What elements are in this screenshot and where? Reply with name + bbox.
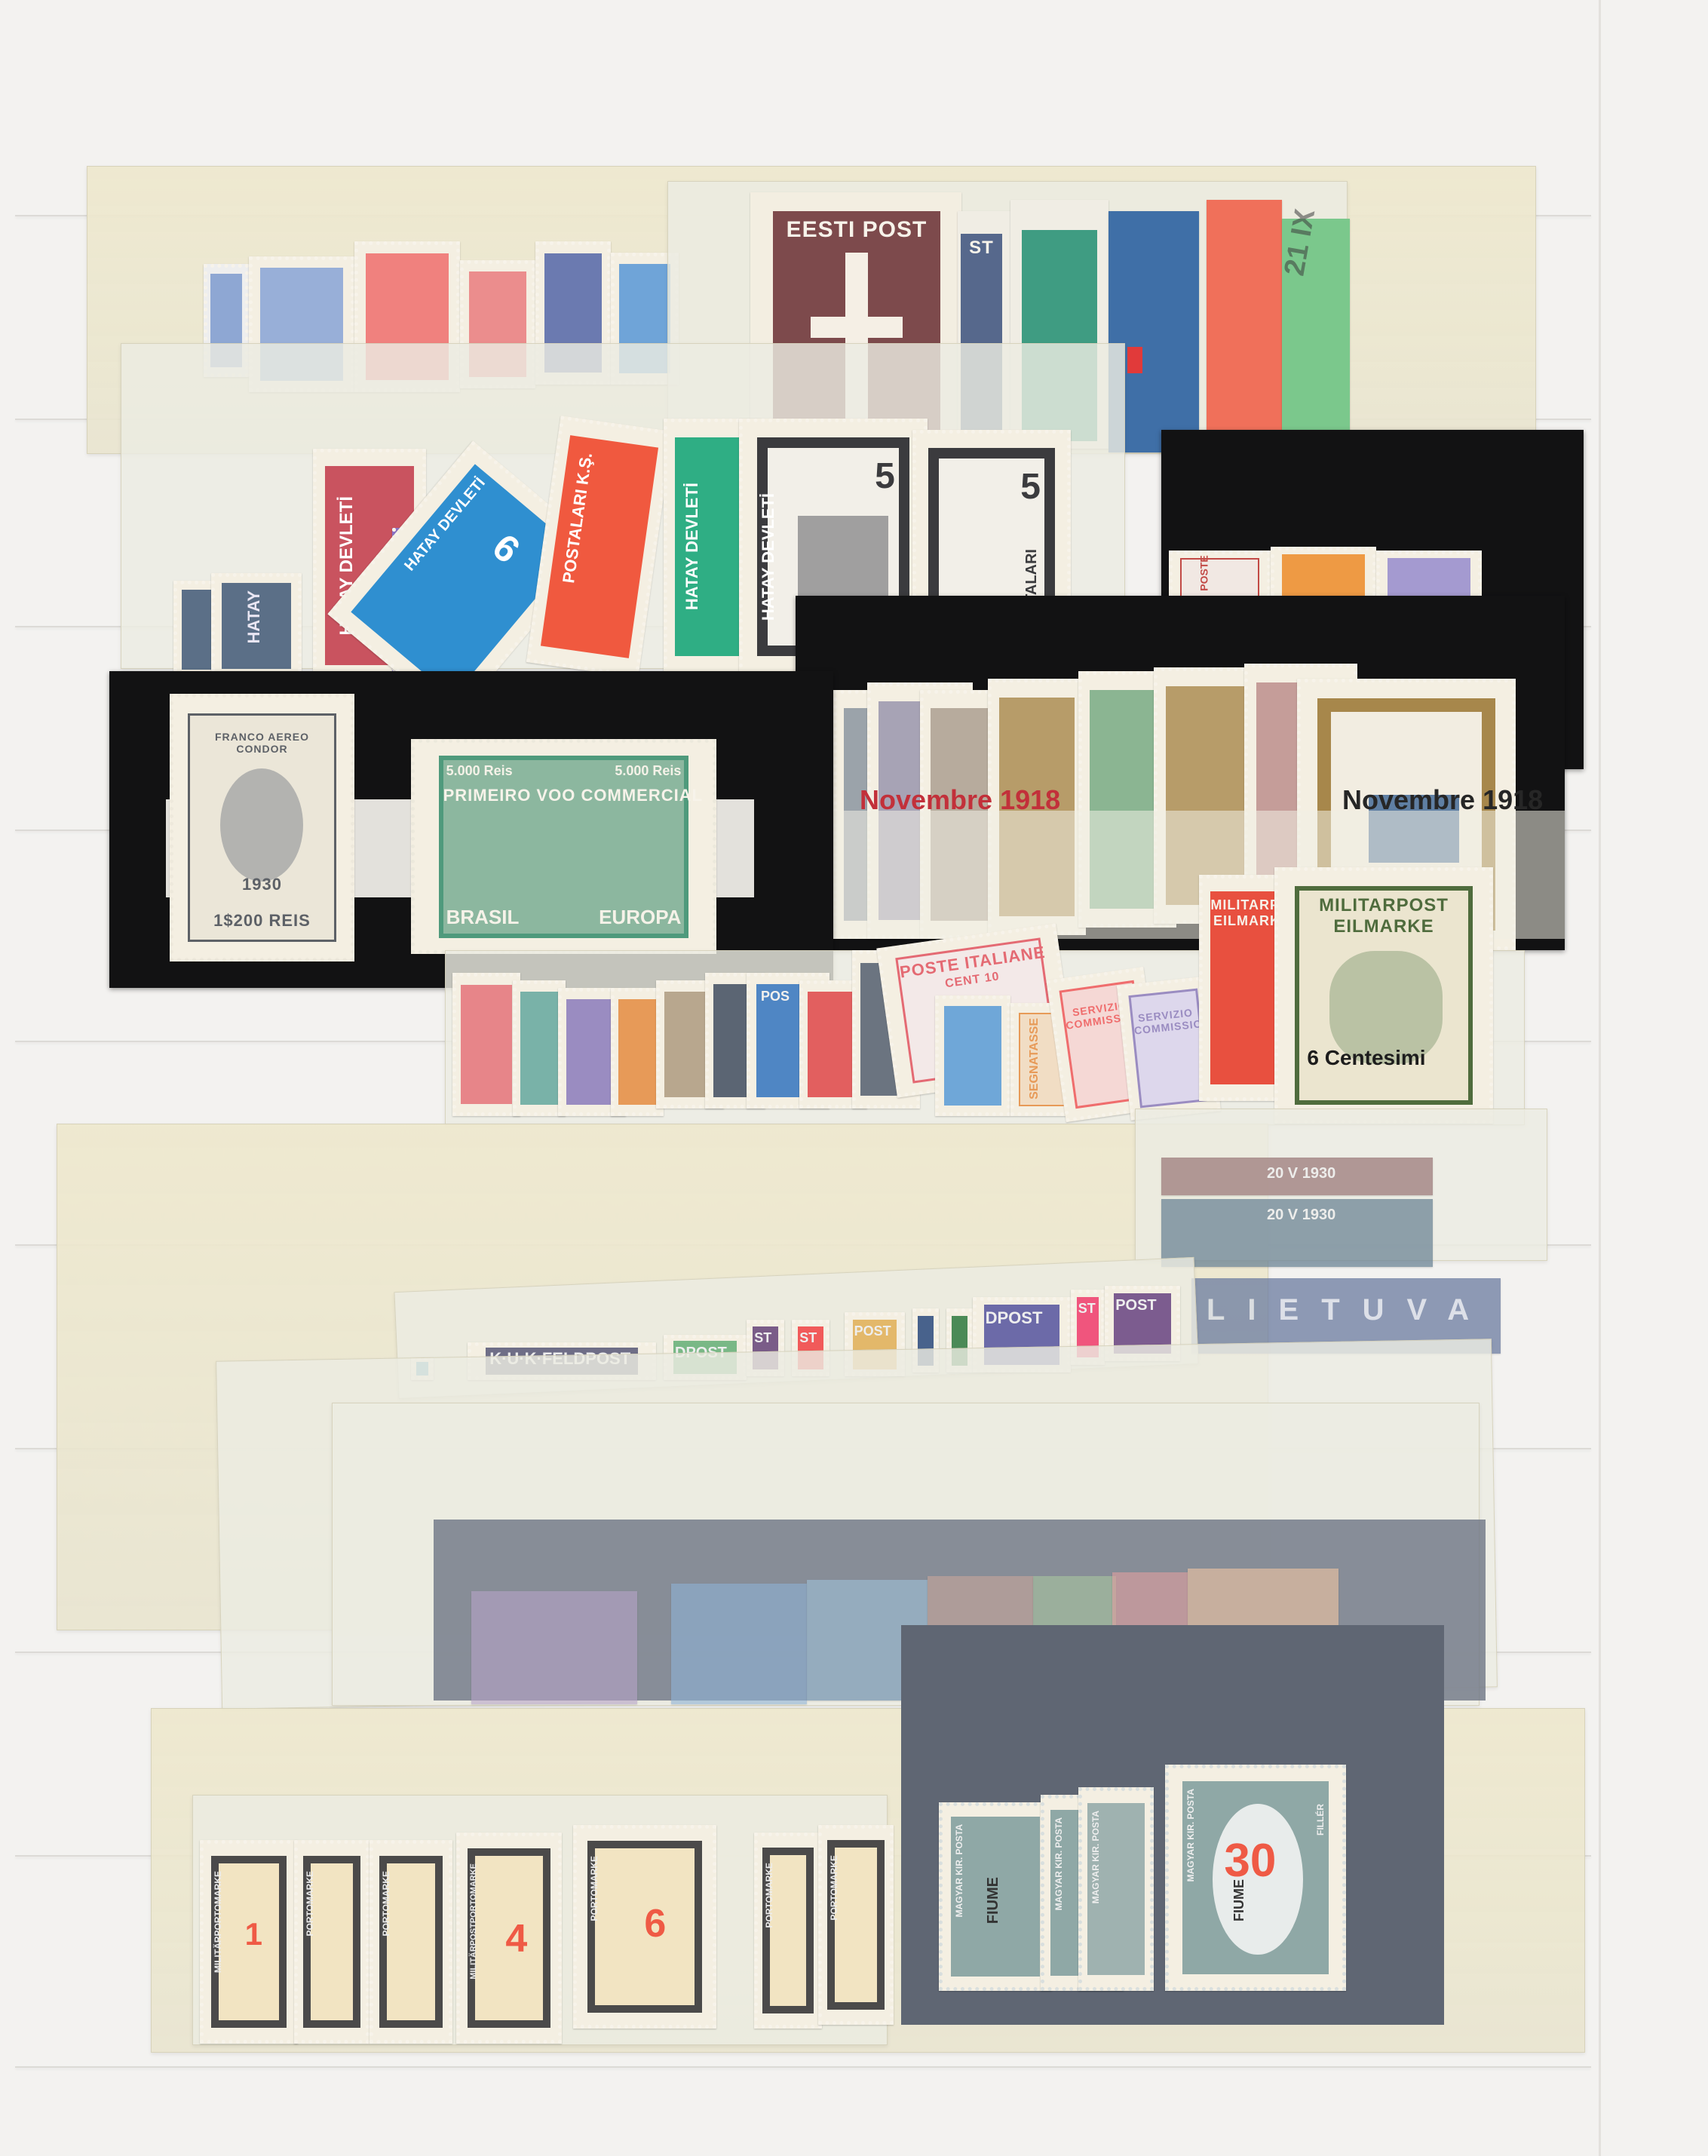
stamp-text: MILITÄRPOSTPORTOMARKE [469,1863,478,1980]
cross-icon [811,317,903,338]
stamp-portomarke: PORTOMARKE [818,1825,894,2025]
stamp-text: MAGYAR KIR. POSTA [1090,1811,1101,1903]
stamp [928,1576,1033,1633]
stamp [935,995,1010,1116]
stamp: HATAY [211,573,302,679]
stamp-portomarke: PORTOMARKE [754,1832,822,2029]
stamp-text: ST [1078,1301,1096,1317]
page-strip [15,2066,1591,2068]
stamp-subtext: FILLÉR [1315,1804,1326,1836]
stamp-text: MAGYAR KIR. POSTA [1053,1817,1064,1910]
stamp-value: 4 [505,1916,527,1961]
stamp-text: MILITÄRPORTOMARKE [213,1871,223,1973]
stamp-text: LIETUVA [1207,1293,1492,1327]
stamp-text: BRASIL [446,906,520,929]
stamp-brazil-primeiro-voo: 5.000 Reis 5.000 Reis PRIMEIRO VOO COMME… [411,739,716,954]
stamp [1188,1569,1338,1625]
stamp-text: MILITARPOST EILMARKE [1299,895,1467,937]
stamp-year: 1930 [190,875,334,894]
stamp-text: MAGYAR KIR. POSTA [1185,1789,1196,1882]
stamp-value: 6 [644,1901,666,1946]
stamp-text: PRIMEIRO VOO COMMERCIAL [443,786,685,805]
stamp [1112,1572,1188,1629]
stamp-text: EUROPA [599,906,681,929]
stamp-portomarke: PORTOMARKE 6 [573,1825,716,2029]
stamp [1033,1576,1116,1633]
stamp-value: 1 [245,1916,262,1952]
stamp-text: ST [961,238,1002,259]
stamp-text: 5.000 Reis [446,763,513,779]
stamp-text: ST [799,1330,817,1346]
stamp-value: 6 [484,525,529,572]
stamp: 20 V 1930 [1161,1158,1433,1195]
stamp-text: POST [854,1323,891,1339]
stamp-brazil-condor: FRANCO AEREO CONDOR 1930 1$200 REIS [170,694,354,961]
page-edge [1599,0,1601,2156]
stamp-text: 20 V 1930 [1267,1207,1335,1224]
stamp [452,973,520,1116]
stamp-text: PORTOMARKE [764,1863,774,1928]
stamp-portomarke: PORTOMARKE [294,1840,370,2044]
stamp-fiume: MAGYAR KIR. POSTA [1078,1787,1154,1991]
stamp-text: HATAY [244,590,264,644]
stamp-fiume: MAGYAR KIR. POSTA FIUME [939,1802,1052,1991]
stamp [671,1584,807,1704]
overprint: 6 Centesimi [1307,1046,1425,1070]
stamp-value: 5 [1020,466,1041,508]
overprint: FIUME [985,1877,1002,1924]
stamp-text: 20 V 1930 [1267,1165,1335,1182]
stamp-portomarke: MILITÄRPORTOMARKE 1 [200,1840,298,2044]
stamp-militarpost-eilmarke: MILITARPOST EILMARKE 6 Centesimi [1274,867,1493,1124]
stamp-text: SERVIZIO COMMISSIONI [1133,1006,1200,1037]
stamp-text: DPOST [986,1308,1043,1328]
stamp-text: PORTOMARKE [829,1855,839,1920]
stamp-text: PORTOMARKE [305,1871,315,1936]
stamp: 20 V 1930 [1161,1199,1433,1267]
stamp-text: SEGNATASSE [1028,1018,1041,1099]
stamp [471,1591,637,1704]
stamp-fiume-30: MAGYAR KIR. POSTA 30 FIUME FILLÉR [1165,1765,1346,1991]
overprint: FIUME [1231,1879,1247,1921]
stamp-text: PORTOMARKE [381,1871,391,1936]
stamp-portomarke: PORTOMARKE [370,1840,452,2044]
stamp-value: 5 [875,455,895,497]
stamp [1207,200,1282,449]
stamp-text: POST [1115,1297,1156,1314]
stamp-text: POSTE [1198,555,1210,590]
stamp-text: HATAY DEVLETİ [759,493,778,621]
stamp-text: POSTALARI K.Ş. [559,452,596,584]
stamp-text: PORTOMARKE [589,1856,599,1921]
stamp-text: MAGYAR KIR. POSTA [954,1824,964,1917]
stamp-value: 1$200 REIS [190,911,334,931]
stamp-portomarke: MILITÄRPOSTPORTOMARKE 4 [456,1832,562,2044]
stamp-text: ST [754,1330,771,1346]
stamp-text: 5.000 Reis [615,763,681,779]
stamp-text: POS [761,989,790,1004]
stamp-text: HATAY DEVLETİ [682,483,702,610]
stamp-text: FRANCO AEREO CONDOR [190,731,334,755]
stamp-text: EESTI POST [773,217,940,243]
